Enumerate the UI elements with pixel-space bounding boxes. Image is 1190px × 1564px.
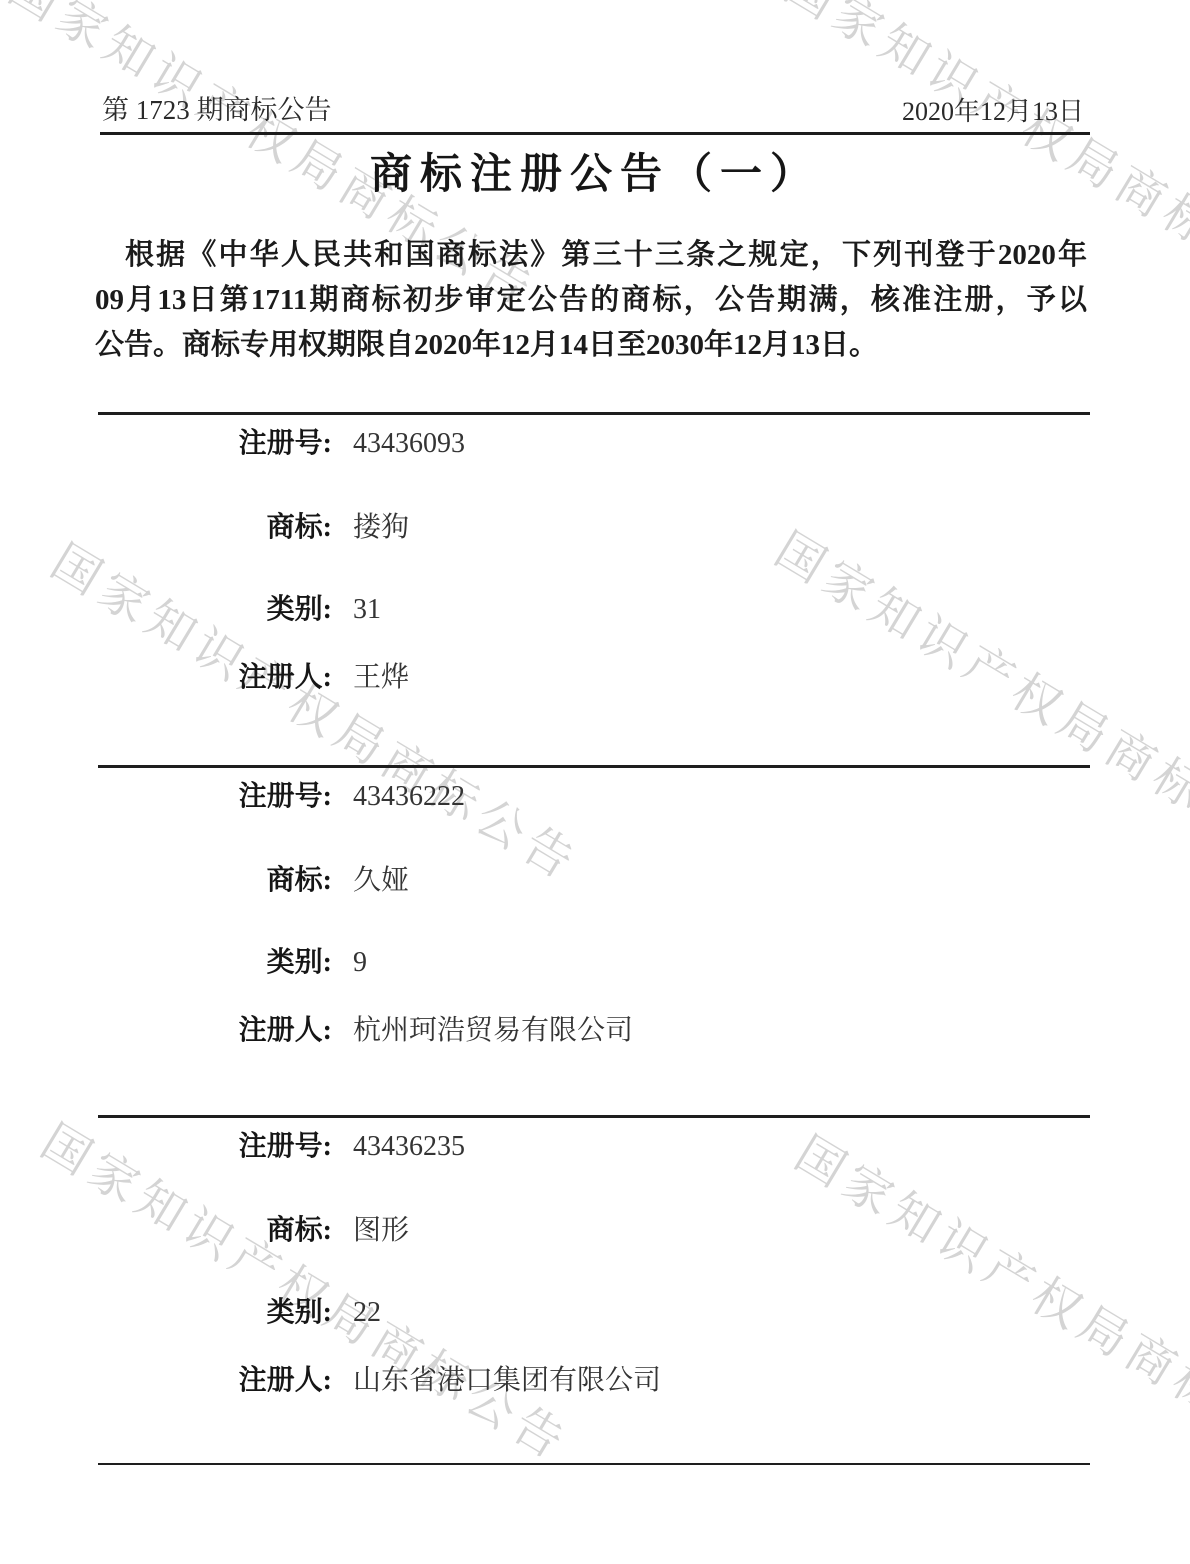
mark-label: 商标: <box>100 1215 332 1247</box>
field-row-reg-no: 注册号: 43436222 <box>100 781 1090 815</box>
entry-separator <box>98 1115 1090 1118</box>
field-row-registrant: 注册人: 山东省港口集团有限公司 <box>100 1365 1090 1399</box>
field-row-class: 类别: 22 <box>100 1297 1090 1331</box>
intro-line: 公告。商标专用权期限自2020年12月14日至2030年12月13日。 <box>95 323 1087 368</box>
field-row-registrant: 注册人: 杭州珂浩贸易有限公司 <box>100 1015 1090 1049</box>
reg-no-value: 43436222 <box>353 781 465 813</box>
reg-no-value: 43436235 <box>353 1131 465 1163</box>
page-title: 商标注册公告（一） <box>0 149 1190 201</box>
class-label: 类别: <box>100 594 332 626</box>
field-row-class: 类别: 31 <box>100 594 1090 628</box>
class-value: 22 <box>353 1297 381 1329</box>
entry-separator <box>98 765 1090 768</box>
mark-label: 商标: <box>100 865 332 897</box>
class-label: 类别: <box>100 947 332 979</box>
gazette-page: 国家知识产权局商标公告 国家知识产权局商标公告 国家知识产权局商标公告 国家知识… <box>0 0 1190 1564</box>
registrant-label: 注册人: <box>100 1015 332 1047</box>
registrant-label: 注册人: <box>100 1365 332 1397</box>
field-row-mark: 商标: 久娅 <box>100 865 1090 899</box>
class-label: 类别: <box>100 1297 332 1329</box>
registrant-value: 杭州珂浩贸易有限公司 <box>353 1015 633 1047</box>
header-date: 2020年12月13日 <box>902 96 1084 128</box>
field-row-reg-no: 注册号: 43436093 <box>100 428 1090 462</box>
registrant-value: 山东省港口集团有限公司 <box>353 1365 661 1397</box>
reg-no-label: 注册号: <box>100 428 332 460</box>
header-issue-number: 第 1723 期商标公告 <box>102 94 332 126</box>
field-row-mark: 商标: 图形 <box>100 1215 1090 1249</box>
field-row-reg-no: 注册号: 43436235 <box>100 1131 1090 1165</box>
bottom-rule <box>98 1463 1090 1465</box>
header-rule <box>100 132 1090 135</box>
entry-separator <box>98 412 1090 415</box>
mark-label: 商标: <box>100 512 332 544</box>
intro-line: 09月13日第1711期商标初步审定公告的商标，公告期满，核准注册，予以 <box>95 278 1087 323</box>
mark-value: 久娅 <box>353 865 409 897</box>
mark-value: 图形 <box>353 1215 409 1247</box>
reg-no-label: 注册号: <box>100 781 332 813</box>
field-row-mark: 商标: 搂狗 <box>100 512 1090 546</box>
registrant-label: 注册人: <box>100 662 332 694</box>
registrant-value: 王烨 <box>353 662 409 694</box>
field-row-registrant: 注册人: 王烨 <box>100 662 1090 696</box>
class-value: 9 <box>353 947 367 979</box>
intro-line: 根据《中华人民共和国商标法》第三十三条之规定，下列刊登于2020年 <box>95 233 1087 278</box>
class-value: 31 <box>353 594 381 626</box>
field-row-class: 类别: 9 <box>100 947 1090 981</box>
mark-value: 搂狗 <box>353 512 409 544</box>
reg-no-value: 43436093 <box>353 428 465 460</box>
reg-no-label: 注册号: <box>100 1131 332 1163</box>
intro-paragraph: 根据《中华人民共和国商标法》第三十三条之规定，下列刊登于2020年 09月13日… <box>95 233 1087 368</box>
page-content: 第 1723 期商标公告 2020年12月13日 商标注册公告（一） 根据《中华… <box>0 0 1190 1564</box>
